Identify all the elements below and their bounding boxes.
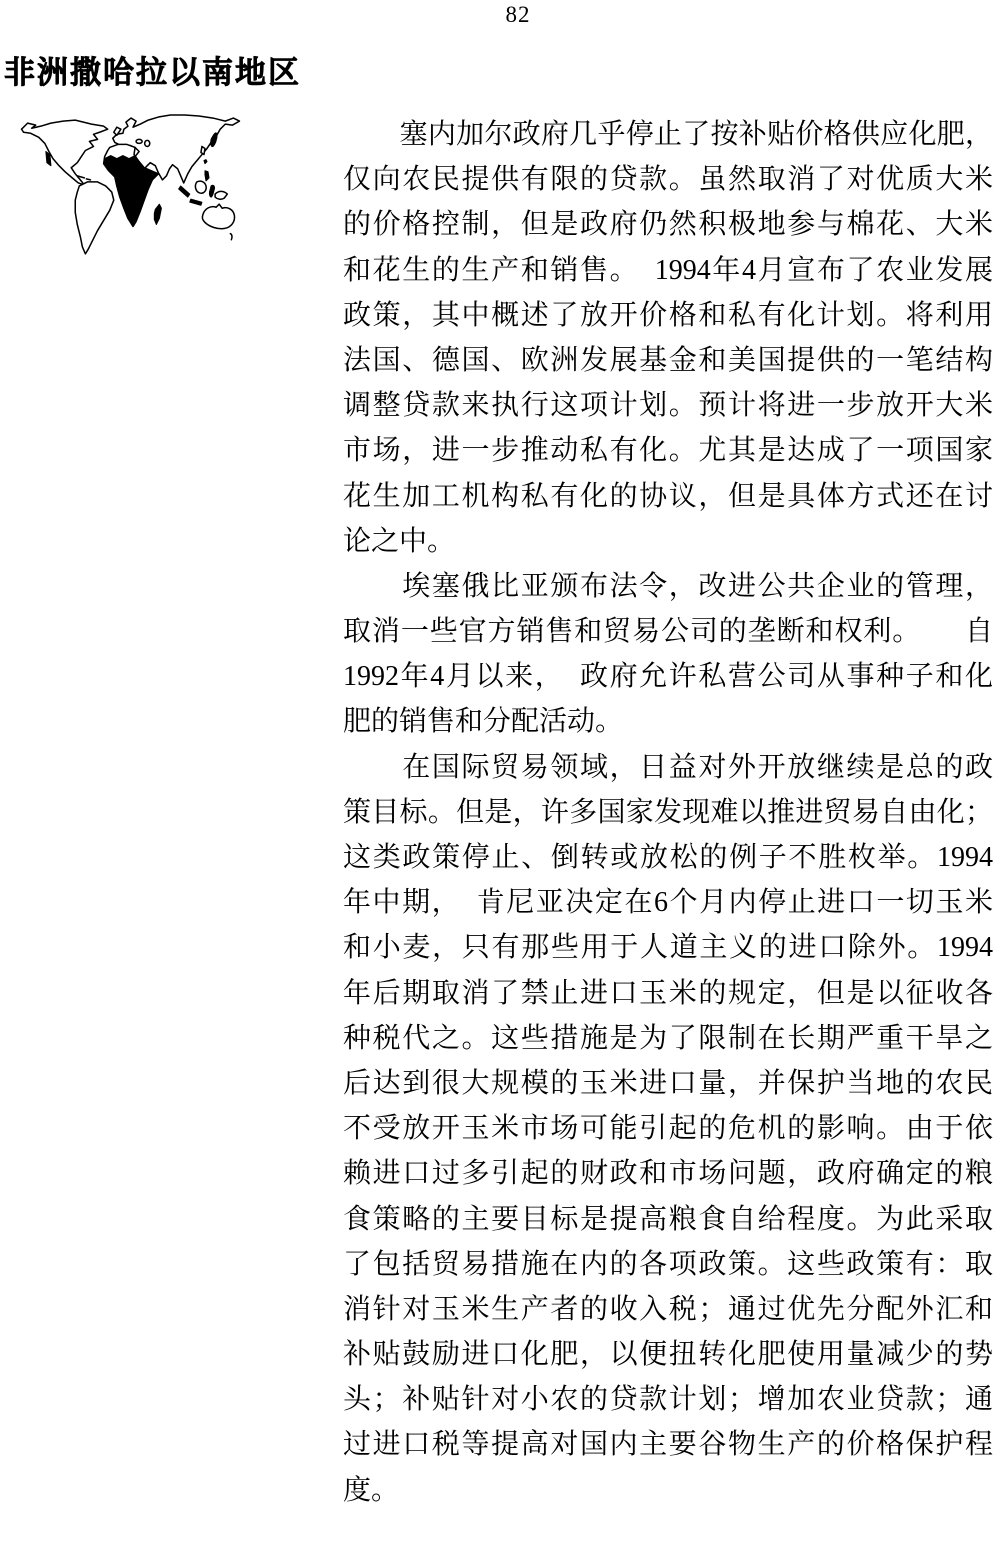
text-line: 赖进口过多引起的财政和市场问题，政府确定的粮 [343, 1151, 993, 1196]
world-map-africa-highlighted-icon [18, 113, 244, 263]
document-page: 82 非洲撒哈拉以南地区 [0, 0, 1000, 1548]
text-line: 和小麦，只有那些用于人道主义的进口除外。1994 [343, 925, 993, 970]
text-line: 头；补贴针对小农的贷款计划；增加农业贷款；通 [343, 1377, 993, 1422]
text-line: 仅向农民提供有限的贷款。虽然取消了对优质大米 [343, 157, 993, 202]
caspian-sea-outline [145, 140, 150, 146]
text-line: 取消一些官方销售和贸易公司的垄断和权利。 自 [343, 609, 993, 654]
text-line: 法国、德国、欧洲发展基金和美国提供的一笔结构 [343, 338, 993, 383]
south-america-outline [75, 182, 114, 254]
page-number: 82 [0, 2, 1000, 28]
text-line: 的价格控制，但是政府仍然积极地参与棉花、大米 [343, 202, 993, 247]
text-line: 年中期， 肯尼亚决定在6个月内停止进口一切玉米 [343, 880, 993, 925]
madagascar-highlight [154, 204, 161, 224]
body-text: 塞内加尔政府几乎停止了按补贴价格供应化肥，仅向农民提供有限的贷款。虽然取消了对优… [343, 112, 993, 1513]
text-line: 这类政策停止、倒转或放松的例子不胜枚举。1994 [343, 835, 993, 880]
text-line: 策目标。但是，许多国家发现难以推进贸易自由化； [343, 790, 993, 835]
text-line: 肥的销售和分配活动。 [343, 699, 993, 744]
text-line: 论之中。 [343, 519, 993, 564]
text-line: 1992年4月以来， 政府允许私营公司从事种子和化 [343, 654, 993, 699]
section-heading: 非洲撒哈拉以南地区 [4, 47, 301, 92]
taiwan-mark [204, 160, 207, 164]
text-line: 在国际贸易领域，日益对外开放继续是总的政 [343, 745, 993, 790]
black-sea-outline [136, 139, 142, 143]
north-america-outline [22, 120, 108, 185]
new-zealand-mark [230, 234, 232, 240]
text-line: 不受放开玉米市场可能引起的危机的影响。由于依 [343, 1106, 993, 1151]
text-line: 补贴鼓励进口化肥，以便扭转化肥使用量减少的势 [343, 1332, 993, 1377]
text-line: 市场，进一步推动私有化。尤其是达成了一项国家 [343, 428, 993, 473]
new-guinea-outline [215, 191, 227, 199]
java-mark [190, 199, 202, 205]
text-line: 度。 [343, 1468, 993, 1513]
text-line: 花生加工机构私有化的协议，但是具体方式还在讨 [343, 474, 993, 519]
korea-outline [201, 146, 205, 154]
text-line: 种税代之。这些措施是为了限制在长期严重干旱之 [343, 1016, 993, 1061]
text-line: 过进口税等提高对国内主要谷物生产的价格保护程 [343, 1422, 993, 1467]
text-line: 调整贷款来执行这项计划。预计将进一步放开大米 [343, 383, 993, 428]
sulawesi-mark [209, 185, 214, 197]
text-line: 食策略的主要目标是提高粮食自给程度。为此采取 [343, 1197, 993, 1242]
borneo-outline [195, 181, 206, 193]
text-line: 后达到很大规模的玉米进口量，并保护当地的农民 [343, 1061, 993, 1106]
text-line: 塞内加尔政府几乎停止了按补贴价格供应化肥， [343, 112, 993, 157]
text-line: 了包括贸易措施在内的各项政策。这些政策有：取 [343, 1242, 993, 1287]
text-line: 埃塞俄比亚颁布法令，改进公共企业的管理， [343, 564, 993, 609]
sub-saharan-africa-highlight [104, 156, 159, 227]
sumatra-mark [179, 186, 190, 197]
text-line: 消针对玉米生产者的收入税；通过优先分配外汇和 [343, 1287, 993, 1332]
text-line: 年后期取消了禁止进口玉米的规定，但是以征收各 [343, 971, 993, 1016]
text-line: 政策，其中概述了放开价格和私有化计划。将利用 [343, 293, 993, 338]
philippines-mark [205, 171, 209, 181]
text-line: 和花生的生产和销售。 1994年4月宣布了农业发展 [343, 248, 993, 293]
australia-outline [202, 204, 234, 229]
